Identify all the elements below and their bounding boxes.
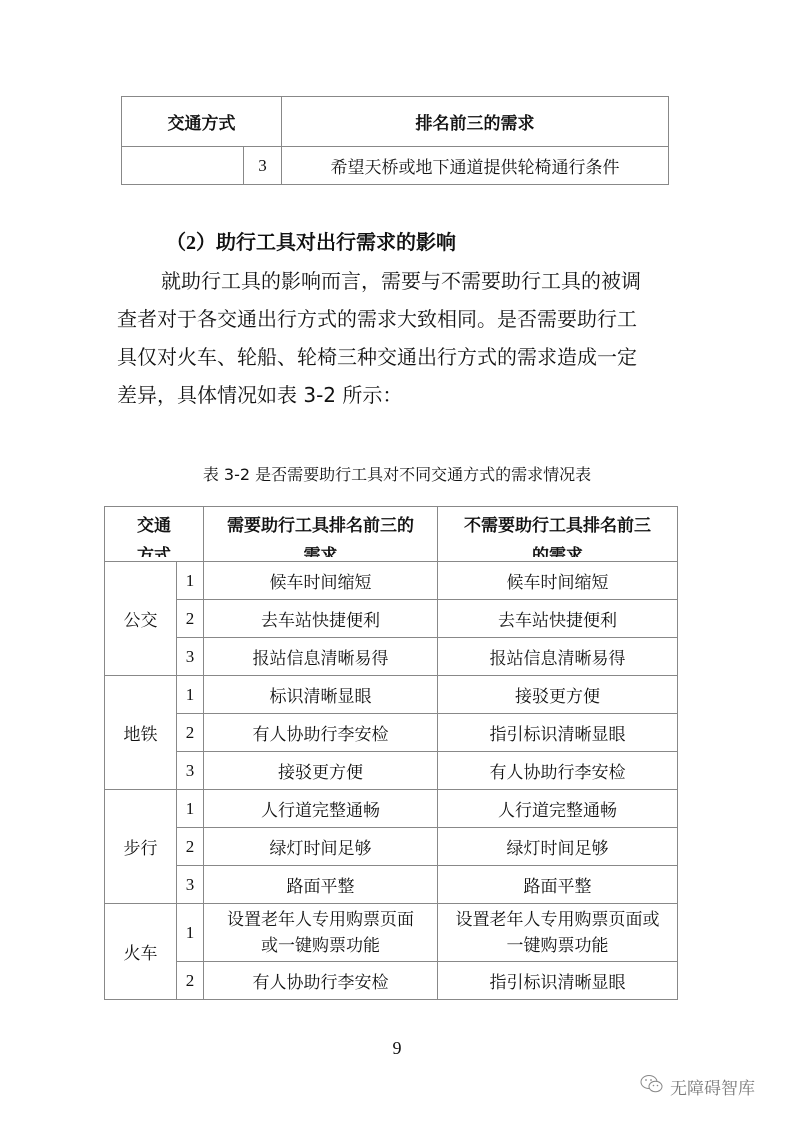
- header-no-need-assistive: 不需要助行工具排名前三的需求: [438, 507, 678, 562]
- no-need-cell: 去车站快捷便利: [438, 600, 678, 638]
- assistive-device-needs-table: 交通方式 需要助行工具排名前三的需求 不需要助行工具排名前三的需求 公交 1 候…: [104, 506, 678, 1000]
- rank-cell: 3: [177, 866, 204, 904]
- section-heading: （2）助行工具对出行需求的影响: [166, 226, 456, 255]
- table-row: 步行 1 人行道完整通畅 人行道完整通畅: [105, 790, 678, 828]
- mode-cell: [122, 147, 244, 185]
- no-need-cell: 接驳更方便: [438, 676, 678, 714]
- no-need-cell: 指引标识清晰显眼: [438, 714, 678, 752]
- table-row: 2 去车站快捷便利 去车站快捷便利: [105, 600, 678, 638]
- table-caption: 表 3-2 是否需要助行工具对不同交通方式的需求情况表: [0, 462, 794, 485]
- need-cell: 人行道完整通畅: [204, 790, 438, 828]
- need-cell: 绿灯时间足够: [204, 828, 438, 866]
- rank-cell: 3: [177, 638, 204, 676]
- table-row: 2 绿灯时间足够 绿灯时间足够: [105, 828, 678, 866]
- header-top-three-needs: 排名前三的需求: [282, 97, 669, 147]
- wechat-icon: [640, 1074, 664, 1099]
- rank-cell: 3: [177, 752, 204, 790]
- table-row: 3 路面平整 路面平整: [105, 866, 678, 904]
- no-need-cell: 路面平整: [438, 866, 678, 904]
- rank-cell: 3: [244, 147, 282, 185]
- mode-cell-subway: 地铁: [105, 676, 177, 790]
- page-number: 9: [0, 1038, 794, 1059]
- mode-cell-train: 火车: [105, 904, 177, 1000]
- header-need-assistive: 需要助行工具排名前三的需求: [204, 507, 438, 562]
- need-cell: 有人协助行李安检: [204, 962, 438, 1000]
- table-row: 2 有人协助行李安检 指引标识清晰显眼: [105, 714, 678, 752]
- table-row: 地铁 1 标识清晰显眼 接驳更方便: [105, 676, 678, 714]
- rank-cell: 2: [177, 714, 204, 752]
- need-cell: 去车站快捷便利: [204, 600, 438, 638]
- rank-cell: 1: [177, 562, 204, 600]
- no-need-cell: 绿灯时间足够: [438, 828, 678, 866]
- table-row: 公交 1 候车时间缩短 候车时间缩短: [105, 562, 678, 600]
- need-cell: 设置老年人专用购票页面 或一键购票功能: [204, 904, 438, 962]
- no-need-cell: 有人协助行李安检: [438, 752, 678, 790]
- need-cell: 接驳更方便: [204, 752, 438, 790]
- rank-cell: 1: [177, 676, 204, 714]
- requirements-table-continued: 交通方式 排名前三的需求 3 希望天桥或地下通道提供轮椅通行条件: [121, 96, 669, 185]
- rank-cell: 1: [177, 790, 204, 828]
- no-need-cell: 设置老年人专用购票页面或 一键购票功能: [438, 904, 678, 962]
- rank-cell: 2: [177, 600, 204, 638]
- need-cell: 路面平整: [204, 866, 438, 904]
- no-need-cell: 指引标识清晰显眼: [438, 962, 678, 1000]
- no-need-cell: 报站信息清晰易得: [438, 638, 678, 676]
- mode-cell-bus: 公交: [105, 562, 177, 676]
- rank-cell: 2: [177, 962, 204, 1000]
- mode-cell-walking: 步行: [105, 790, 177, 904]
- body-paragraph: 就助行工具的影响而言，需要与不需要助行工具的被调 查者对于各交通出行方式的需求大…: [117, 262, 677, 414]
- watermark: 无障碍智库: [640, 1074, 755, 1099]
- need-cell: 报站信息清晰易得: [204, 638, 438, 676]
- header-transport-mode: 交通方式: [122, 97, 282, 147]
- no-need-cell: 人行道完整通畅: [438, 790, 678, 828]
- need-cell: 标识清晰显眼: [204, 676, 438, 714]
- table-row: 2 有人协助行李安检 指引标识清晰显眼: [105, 962, 678, 1000]
- rank-cell: 2: [177, 828, 204, 866]
- header-transport-mode: 交通方式: [105, 507, 204, 562]
- need-cell: 候车时间缩短: [204, 562, 438, 600]
- table-row: 火车 1 设置老年人专用购票页面 或一键购票功能 设置老年人专用购票页面或 一键…: [105, 904, 678, 962]
- need-cell: 希望天桥或地下通道提供轮椅通行条件: [282, 147, 669, 185]
- table-row: 3 希望天桥或地下通道提供轮椅通行条件: [122, 147, 669, 185]
- need-cell: 有人协助行李安检: [204, 714, 438, 752]
- table-row: 3 报站信息清晰易得 报站信息清晰易得: [105, 638, 678, 676]
- no-need-cell: 候车时间缩短: [438, 562, 678, 600]
- table-row: 3 接驳更方便 有人协助行李安检: [105, 752, 678, 790]
- rank-cell: 1: [177, 904, 204, 962]
